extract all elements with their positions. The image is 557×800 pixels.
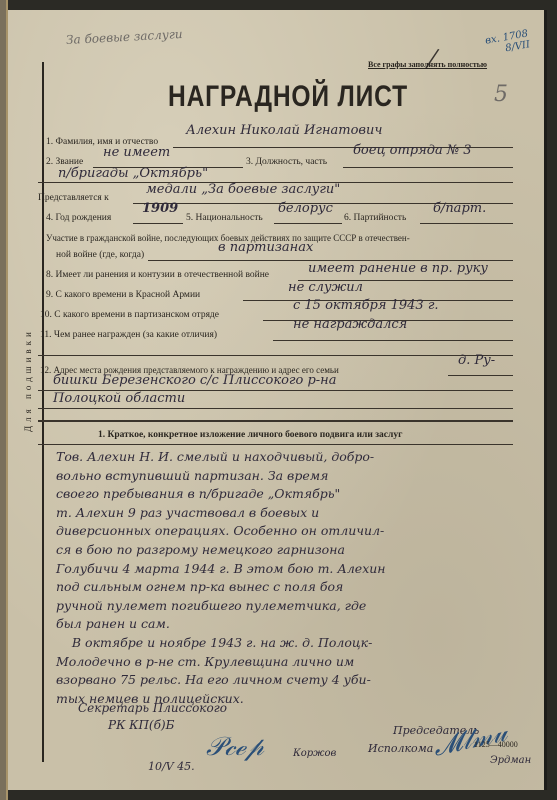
fill-instruction: Все графы заполнять полностью bbox=[368, 60, 487, 69]
field-partisan-since-value: с 15 октября 1943 г. bbox=[293, 298, 439, 313]
field-address-value-cont: бишки Березенского с/с Плиссокого р-на bbox=[53, 373, 337, 388]
field-address-value: д. Ру- bbox=[458, 353, 495, 368]
check-mark: / bbox=[423, 39, 441, 77]
field-position-value: боец отряда № 3 bbox=[353, 143, 472, 158]
text-line: диверсионных операциях. Особенно он отли… bbox=[56, 522, 511, 541]
field-wounds-value: имеет ранение в пр. руку bbox=[308, 261, 488, 276]
field-rank-value: не имеет bbox=[103, 145, 170, 160]
text-line: под сильным огнем пр-ка вынес с поля боя bbox=[56, 578, 511, 597]
field-red-army-value: не служил bbox=[288, 280, 363, 295]
achievement-text: Тов. Алехин Н. И. смелый и находчивый, д… bbox=[56, 448, 511, 708]
field-prior-awards-value: не награждался bbox=[293, 317, 407, 332]
field-war-participation-value: в партизанах bbox=[218, 240, 313, 255]
margin-label: Для подшивки bbox=[23, 310, 37, 450]
field-name-value: Алехин Николай Игнатович bbox=[186, 123, 382, 138]
text-line: В октябре и ноябре 1943 г. на ж. д. Поло… bbox=[56, 634, 511, 653]
print-code: 1125—40000 bbox=[474, 740, 518, 749]
page-number: 5 bbox=[494, 82, 508, 107]
field-party-value: б/парт. bbox=[433, 201, 486, 216]
field-party-label: 6. Партийность bbox=[344, 213, 406, 223]
text-line: Голубичи 4 марта 1944 г. В этом бою т. А… bbox=[56, 560, 511, 579]
chairman-name: Эрдман bbox=[490, 755, 531, 766]
secretary-title-line: РК КП(б)Б bbox=[78, 717, 227, 734]
field-prior-awards-label: 11. Чем ранее награжден (за какие отличи… bbox=[40, 330, 217, 340]
secretary-title: Секретарь Плиссокого РК КП(б)Б bbox=[78, 700, 227, 734]
page-title: НАГРАДНОЙ ЛИСТ bbox=[168, 80, 408, 114]
field-war-participation-label-cont: ной войне (где, когда) bbox=[56, 250, 144, 260]
text-line: Молодечно в р-не ст. Крулевщина лично им bbox=[56, 653, 511, 672]
binding-edge bbox=[0, 0, 8, 800]
field-nationality-value: белорус bbox=[278, 201, 333, 216]
field-birth-year-label: 4. Год рождения bbox=[46, 213, 111, 223]
text-line: своего пребывания в п/бригаде „Октябрь" bbox=[56, 485, 511, 504]
margin-line bbox=[42, 62, 44, 762]
top-note: За боевые заслуги bbox=[66, 27, 183, 47]
text-line: ся в бою по разгрому немецкого гарнизона bbox=[56, 541, 511, 560]
text-line: Тов. Алехин Н. И. смелый и находчивый, д… bbox=[56, 448, 511, 467]
secretary-signature: 𝒫𝒸ℯ𝓅 bbox=[206, 732, 264, 763]
archive-code: вх. 1708 8/VII bbox=[484, 28, 530, 57]
text-line: взорвано 75 рельс. На его личном счету 4… bbox=[56, 671, 511, 690]
text-line: т. Алехин 9 раз участвовал в боевых и bbox=[56, 504, 511, 523]
field-award-value: медали „За боевые заслуги" bbox=[146, 182, 340, 197]
field-partisan-since-label: 10. С какого времени в партизанском отря… bbox=[40, 310, 219, 320]
field-birth-year-value: 1909 bbox=[142, 201, 178, 216]
text-line: вольно вступивший партизан. За время bbox=[56, 467, 511, 486]
field-award-label: Представляется к bbox=[38, 193, 109, 203]
field-nationality-label: 5. Национальность bbox=[186, 213, 263, 223]
field-position-value-cont: п/бригады „Октябрь" bbox=[58, 166, 208, 181]
field-wounds-label: 8. Имеет ли ранения и контузии в отечест… bbox=[46, 270, 269, 280]
text-line: ручной пулемет погибшего пулеметчика, гд… bbox=[56, 597, 511, 616]
secretary-name: Коржов bbox=[293, 748, 336, 759]
field-position-label: 3. Должность, часть bbox=[246, 157, 327, 167]
secretary-title-line: Секретарь Плиссокого bbox=[78, 700, 227, 717]
text-line: был ранен и сам. bbox=[56, 615, 511, 634]
signature-date: 10/V 45. bbox=[148, 760, 195, 773]
field-address-value-cont: Полоцкой области bbox=[53, 391, 185, 406]
field-red-army-label: 9. С какого времени в Красной Армии bbox=[46, 290, 200, 300]
section-title: 1. Краткое, конкретное изложение личного… bbox=[98, 430, 402, 440]
award-sheet: Для подшивки За боевые заслуги вх. 1708 … bbox=[8, 10, 547, 790]
